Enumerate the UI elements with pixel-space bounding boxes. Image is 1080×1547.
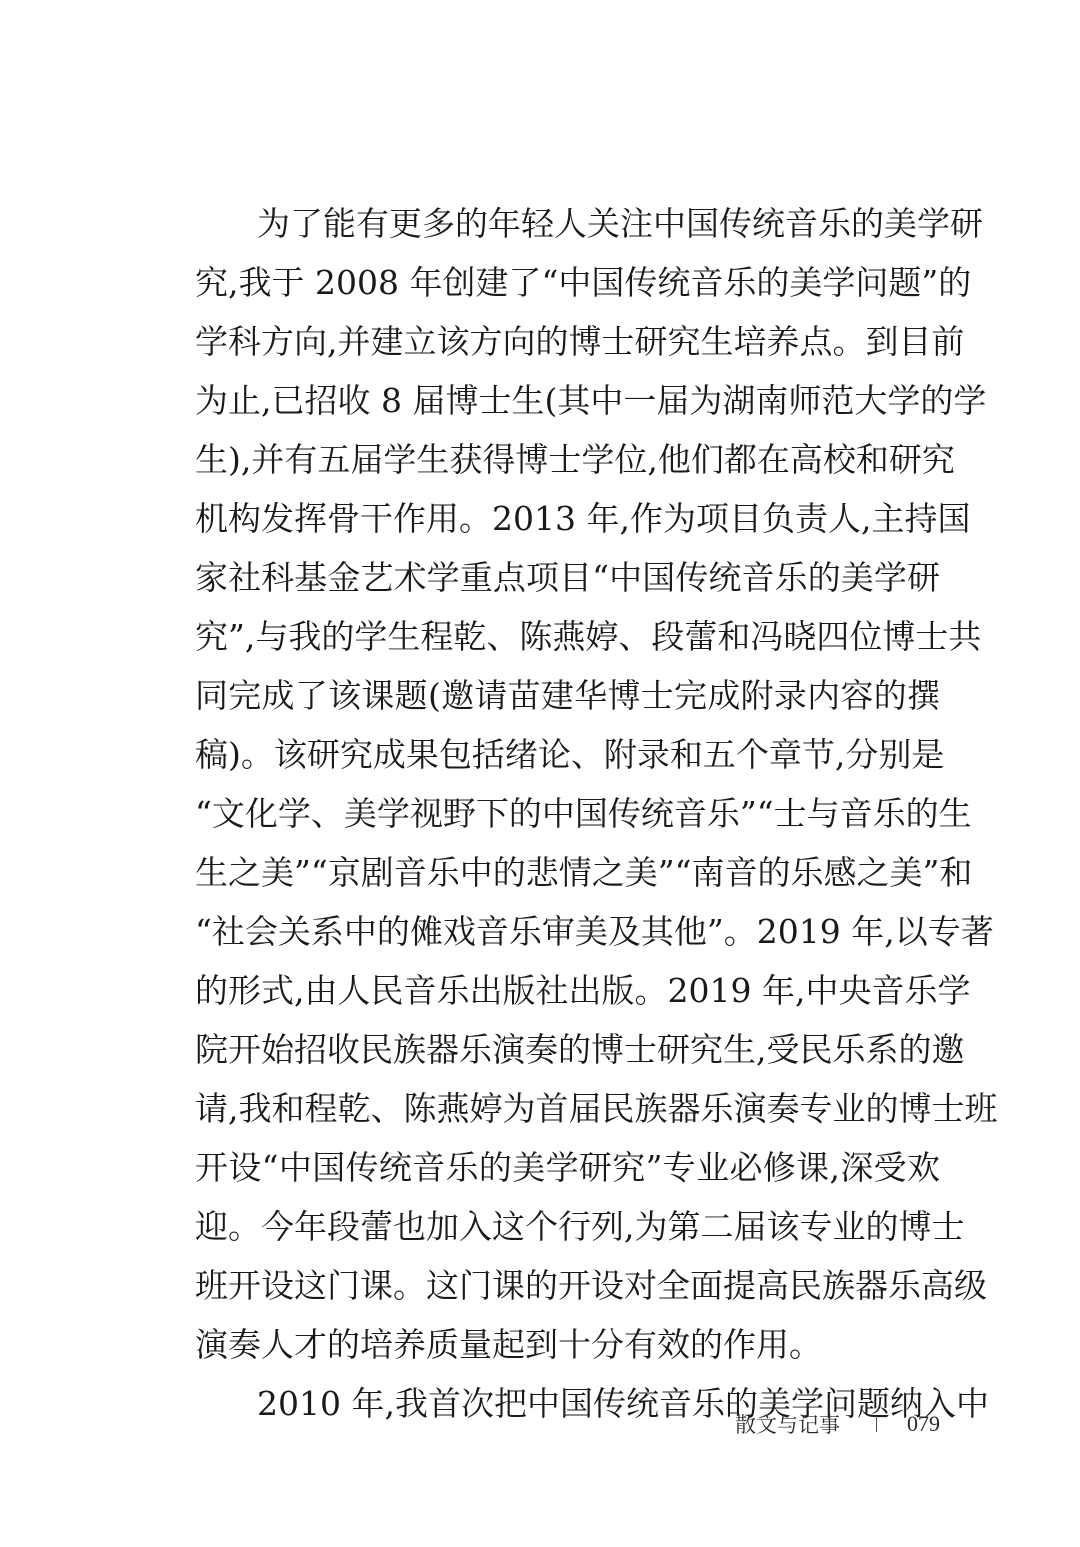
text-line: 生之美”“京剧音乐中的悲情之美”“南音的乐感之美”和 (195, 843, 940, 902)
text-line: 究,我于 2008 年创建了“中国传统音乐的美学问题”的 (195, 253, 940, 312)
text-line: 同完成了该课题(邀请苗建华博士完成附录内容的撰 (195, 666, 940, 725)
text-line: 演奏人才的培养质量起到十分有效的作用。 (195, 1315, 940, 1374)
running-section-title: 散文与记事 (735, 1409, 840, 1439)
body-text: 为了能有更多的年轻人关注中国传统音乐的美学研 究,我于 2008 年创建了“中国… (195, 194, 940, 1433)
text-line: 迎。今年段蕾也加入这个行列,为第二届该专业的博士 (195, 1197, 940, 1256)
text-line: 开设“中国传统音乐的美学研究”专业必修课,深受欢 (195, 1138, 940, 1197)
text-line: 稿)。该研究成果包括绪论、附录和五个章节,分别是 (195, 725, 940, 784)
book-page: 为了能有更多的年轻人关注中国传统音乐的美学研 究,我于 2008 年创建了“中国… (0, 0, 1080, 1547)
text-line: 请,我和程乾、陈燕婷为首届民族器乐演奏专业的博士班 (195, 1079, 940, 1138)
text-line: 院开始招收民族器乐演奏的博士研究生,受民乐系的邀 (195, 1020, 940, 1079)
text-line: 机构发挥骨干作用。2013 年,作为项目负责人,主持国 (195, 489, 940, 548)
text-line: 的形式,由人民音乐出版社出版。2019 年,中央音乐学 (195, 961, 940, 1020)
text-line: “社会关系中的傩戏音乐审美及其他”。2019 年,以专著 (195, 902, 940, 961)
text-line: 学科方向,并建立该方向的博士研究生培养点。到目前 (195, 312, 940, 371)
text-line: 为了能有更多的年轻人关注中国传统音乐的美学研 (195, 194, 940, 253)
text-line: 究”,与我的学生程乾、陈燕婷、段蕾和冯晓四位博士共 (195, 607, 940, 666)
text-line: 班开设这门课。这门课的开设对全面提高民族器乐高级 (195, 1256, 940, 1315)
page-footer: 散文与记事 079 (735, 1406, 940, 1442)
text-line: 家社科基金艺术学重点项目“中国传统音乐的美学研 (195, 548, 940, 607)
text-line: 为止,已招收 8 届博士生(其中一届为湖南师范大学的学 (195, 371, 940, 430)
page-number: 079 (907, 1411, 940, 1437)
footer-divider (876, 1416, 877, 1432)
text-line: 生),并有五届学生获得博士学位,他们都在高校和研究 (195, 430, 940, 489)
text-line: “文化学、美学视野下的中国传统音乐”“士与音乐的生 (195, 784, 940, 843)
